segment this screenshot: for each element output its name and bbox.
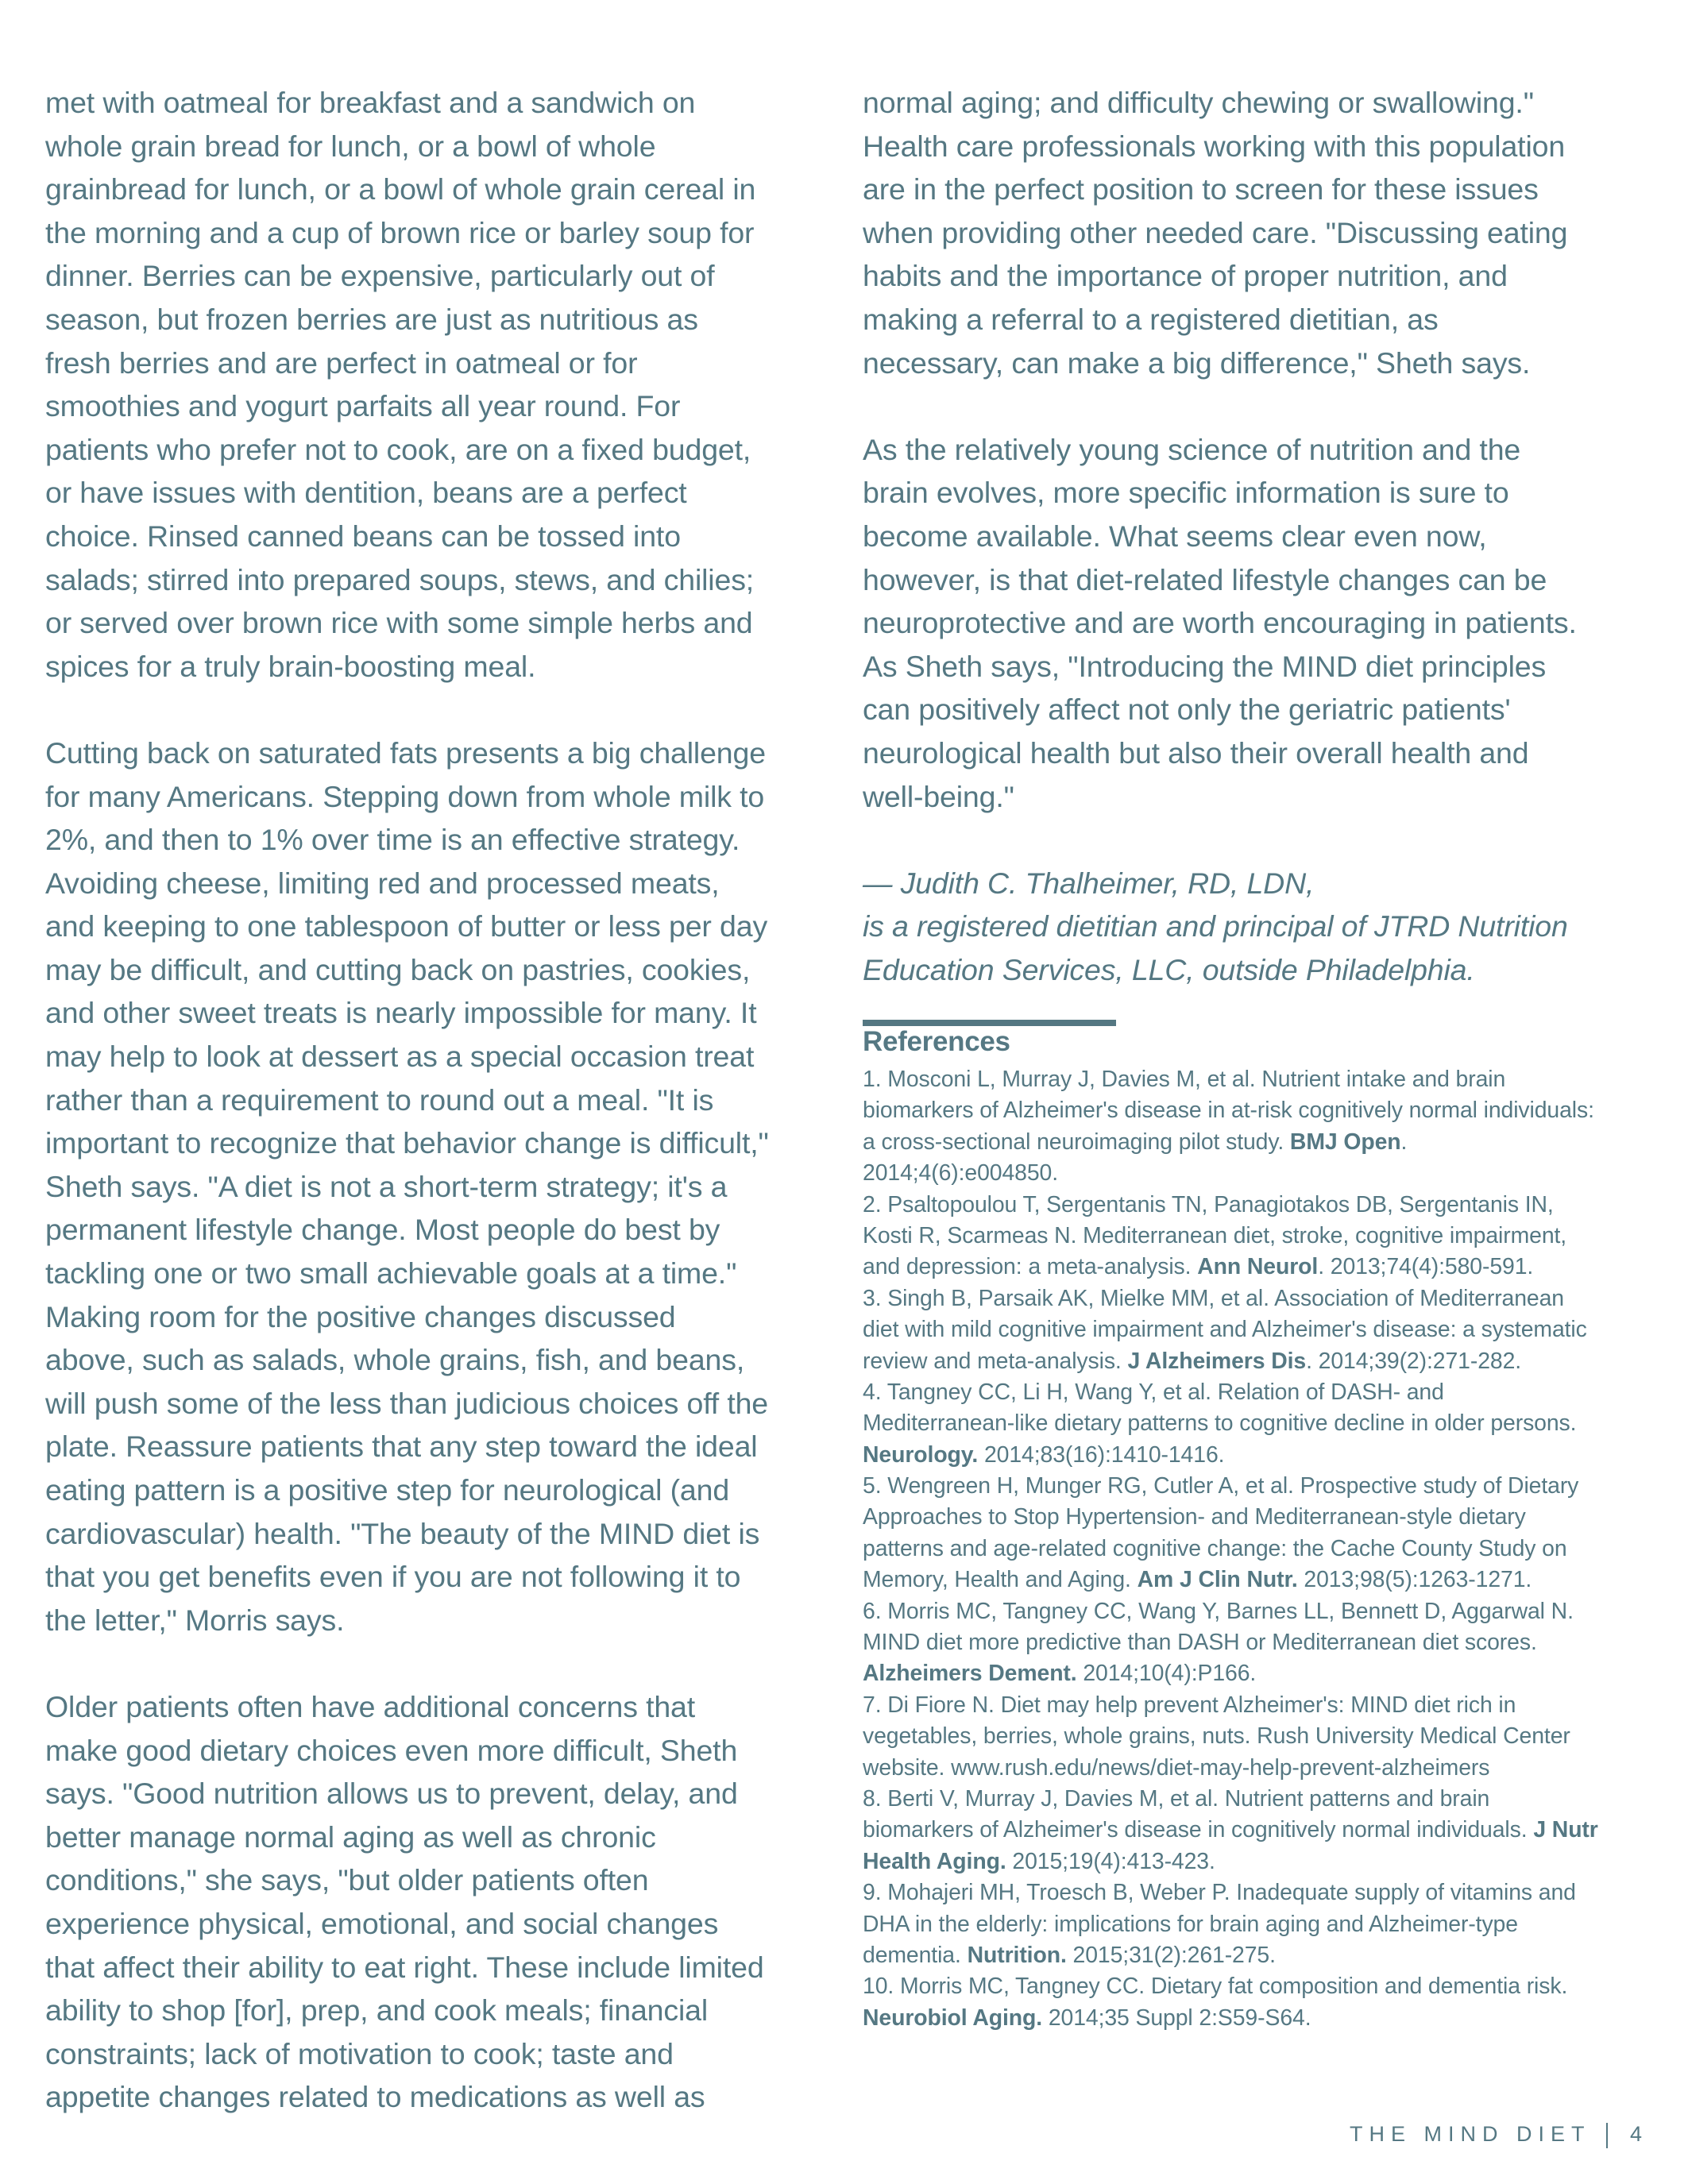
reference-text: 2014;4(6):e004850. — [863, 1160, 1058, 1186]
reference-text: and depression: a meta-analysis. — [863, 1254, 1197, 1279]
journal-name: Neurobiol Aging. — [863, 2005, 1042, 2031]
text-line: Education Services, LLC, outside Philade… — [863, 948, 1665, 992]
text-line: tackling one or two small achievable goa… — [45, 1252, 840, 1295]
reference-line: MIND diet more predictive than DASH or M… — [863, 1627, 1681, 1658]
reference-line: 3. Singh B, Parsaik AK, Mielke MM, et al… — [863, 1283, 1681, 1314]
text-line: permanent lifestyle change. Most people … — [45, 1208, 840, 1252]
reference-line: 2. Psaltopoulou T, Sergentanis TN, Panag… — [863, 1190, 1681, 1221]
text-line: neuroprotective and are worth encouragin… — [863, 601, 1665, 645]
text-line: will push some of the less than judiciou… — [45, 1382, 840, 1426]
text-line: are in the perfect position to screen fo… — [863, 168, 1665, 211]
page-footer: THE MIND DIET4 — [1350, 2122, 1648, 2148]
reference-text: 2015;19(4):413-423. — [1006, 1849, 1215, 1874]
reference-line: Approaches to Stop Hypertension- and Med… — [863, 1502, 1681, 1533]
text-line: rather than a requirement to round out a… — [45, 1078, 840, 1122]
text-line: however, is that diet-related lifestyle … — [863, 558, 1665, 602]
reference-text: 4. Tangney CC, Li H, Wang Y, et al. Rela… — [863, 1379, 1444, 1405]
text-line: neurological health but also their overa… — [863, 731, 1665, 775]
text-line: making a referral to a registered dietit… — [863, 298, 1665, 341]
text-line: and other sweet treats is nearly impossi… — [45, 991, 840, 1035]
reference-text: 5. Wengreen H, Munger RG, Cutler A, et a… — [863, 1473, 1578, 1499]
text-line: Cutting back on saturated fats presents … — [45, 731, 840, 775]
reference-line: biomarkers of Alzheimer's disease in cog… — [863, 1815, 1681, 1846]
text-line: for many Americans. Stepping down from w… — [45, 775, 840, 819]
text-line: ability to shop [for], prep, and cook me… — [45, 1989, 840, 2032]
text-line: Making room for the positive changes dis… — [45, 1295, 840, 1339]
reference-line: 1. Mosconi L, Murray J, Davies M, et al.… — [863, 1064, 1681, 1095]
reference-line: and depression: a meta-analysis. Ann Neu… — [863, 1252, 1681, 1283]
text-line: eating pattern is a positive step for ne… — [45, 1468, 840, 1512]
reference-line: DHA in the elderly: implications for bra… — [863, 1909, 1681, 1940]
reference-text: 6. Morris MC, Tangney CC, Wang Y, Barnes… — [863, 1599, 1574, 1624]
reference-text: 2015;31(2):261-275. — [1067, 1943, 1276, 1968]
reference-line: vegetables, berries, whole grains, nuts.… — [863, 1721, 1681, 1752]
text-line: — Judith C. Thalheimer, RD, LDN, — [863, 862, 1665, 905]
reference-text: Memory, Health and Aging. — [863, 1567, 1138, 1592]
reference-text: Approaches to Stop Hypertension- and Med… — [863, 1504, 1526, 1530]
reference-line: biomarkers of Alzheimer's disease in at-… — [863, 1095, 1681, 1126]
references-list: 1. Mosconi L, Murray J, Davies M, et al.… — [863, 1064, 1681, 2034]
references-heading: References — [863, 1024, 1010, 1059]
reference-text: 7. Di Fiore N. Diet may help prevent Alz… — [863, 1692, 1516, 1718]
text-line: Older patients often have additional con… — [45, 1685, 840, 1729]
reference-text: 2014;35 Suppl 2:S59-S64. — [1042, 2005, 1311, 2031]
journal-name: Nutrition. — [968, 1943, 1067, 1968]
text-line: and keeping to one tablespoon of butter … — [45, 905, 840, 948]
reference-text: biomarkers of Alzheimer's disease in at-… — [863, 1098, 1594, 1123]
journal-name: Health Aging. — [863, 1849, 1006, 1874]
journal-name: J Nutr — [1533, 1817, 1597, 1843]
reference-line: diet with mild cognitive impairment and … — [863, 1314, 1681, 1345]
paragraph-break — [863, 384, 1665, 428]
footer-separator — [1606, 2123, 1608, 2148]
text-line: or have issues with dentition, beans are… — [45, 471, 840, 515]
reference-line: Health Aging. 2015;19(4):413-423. — [863, 1846, 1681, 1877]
text-line: says. "Good nutrition allows us to preve… — [45, 1772, 840, 1815]
text-line: constraints; lack of motivation to cook;… — [45, 2032, 840, 2076]
text-line: Health care professionals working with t… — [863, 125, 1665, 168]
text-line: choice. Rinsed canned beans can be tosse… — [45, 515, 840, 558]
text-line: may help to look at dessert as a special… — [45, 1035, 840, 1078]
reference-text: website. www.rush.edu/news/diet-may-help… — [863, 1755, 1489, 1781]
text-line: the letter," Morris says. — [45, 1599, 840, 1642]
reference-line: Neurology. 2014;83(16):1410-1416. — [863, 1440, 1681, 1471]
reference-text: dementia. — [863, 1943, 968, 1968]
text-line: spices for a truly brain-boosting meal. — [45, 645, 840, 689]
text-line: make good dietary choices even more diff… — [45, 1729, 840, 1773]
paragraph-break — [45, 688, 840, 731]
text-line: well-being." — [863, 775, 1665, 819]
text-line: salads; stirred into prepared soups, ste… — [45, 558, 840, 602]
reference-text: . 2013;74(4):580-591. — [1318, 1254, 1533, 1279]
reference-line: Mediterranean-like dietary patterns to c… — [863, 1408, 1681, 1439]
text-line: can positively affect not only the geria… — [863, 688, 1665, 731]
reference-text: Mediterranean-like dietary patterns to c… — [863, 1410, 1576, 1436]
paragraph-break — [863, 818, 1665, 862]
journal-name: BMJ Open — [1290, 1129, 1401, 1155]
text-line: or served over brown rice with some simp… — [45, 601, 840, 645]
reference-text: 2014;83(16):1410-1416. — [978, 1442, 1224, 1468]
reference-text: 2014;10(4):P166. — [1077, 1661, 1257, 1686]
text-line: grainbread for lunch, or a bowl of whole… — [45, 168, 840, 211]
left-column: met with oatmeal for breakfast and a san… — [45, 81, 840, 2119]
text-line: As Sheth says, "Introducing the MIND die… — [863, 645, 1665, 689]
reference-line: 2014;4(6):e004850. — [863, 1158, 1681, 1189]
reference-line: Neurobiol Aging. 2014;35 Suppl 2:S59-S64… — [863, 2003, 1681, 2034]
text-line: experience physical, emotional, and soci… — [45, 1902, 840, 1946]
reference-text: patterns and age-related cognitive chang… — [863, 1536, 1567, 1561]
reference-text: diet with mild cognitive impairment and … — [863, 1317, 1587, 1342]
text-line: become available. What seems clear even … — [863, 515, 1665, 558]
journal-name: Am J Clin Nutr. — [1138, 1567, 1298, 1592]
reference-line: Alzheimers Dement. 2014;10(4):P166. — [863, 1658, 1681, 1689]
reference-text: . 2014;39(2):271-282. — [1306, 1349, 1521, 1374]
text-line: that you get benefits even if you are no… — [45, 1555, 840, 1599]
text-line: when providing other needed care. "Discu… — [863, 211, 1665, 255]
text-line: above, such as salads, whole grains, fis… — [45, 1338, 840, 1382]
reference-line: Kosti R, Scarmeas N. Mediterranean diet,… — [863, 1221, 1681, 1252]
text-line: dinner. Berries can be expensive, partic… — [45, 254, 840, 298]
text-line: Sheth says. "A diet is not a short-term … — [45, 1165, 840, 1209]
reference-text: 1. Mosconi L, Murray J, Davies M, et al.… — [863, 1067, 1505, 1092]
text-line: important to recognize that behavior cha… — [45, 1121, 840, 1165]
journal-name: J Alzheimers Dis — [1128, 1349, 1307, 1374]
journal-name: Ann Neurol — [1197, 1254, 1318, 1279]
text-line: better manage normal aging as well as ch… — [45, 1815, 840, 1859]
text-line: whole grain bread for lunch, or a bowl o… — [45, 125, 840, 168]
author-signature: — Judith C. Thalheimer, RD, LDN,is a reg… — [863, 862, 1665, 992]
reference-text: . — [1401, 1129, 1408, 1155]
text-line: necessary, can make a big difference," S… — [863, 341, 1665, 385]
paragraph-break — [45, 1642, 840, 1685]
reference-line: Memory, Health and Aging. Am J Clin Nutr… — [863, 1565, 1681, 1596]
reference-line: 10. Morris MC, Tangney CC. Dietary fat c… — [863, 1971, 1681, 2002]
text-line: met with oatmeal for breakfast and a san… — [45, 81, 840, 125]
reference-text: a cross-sectional neuroimaging pilot stu… — [863, 1129, 1290, 1155]
text-line: is a registered dietitian and principal … — [863, 905, 1665, 948]
text-line: appetite changes related to medications … — [45, 2075, 840, 2119]
text-line: the morning and a cup of brown rice or b… — [45, 211, 840, 255]
text-line: patients who prefer not to cook, are on … — [45, 428, 840, 472]
reference-text: vegetables, berries, whole grains, nuts.… — [863, 1723, 1570, 1749]
right-column: normal aging; and difficulty chewing or … — [863, 81, 1665, 991]
text-line: habits and the importance of proper nutr… — [863, 254, 1665, 298]
right-column-body: normal aging; and difficulty chewing or … — [863, 81, 1665, 862]
reference-text: 8. Berti V, Murray J, Davies M, et al. N… — [863, 1786, 1489, 1812]
reference-line: 9. Mohajeri MH, Troesch B, Weber P. Inad… — [863, 1877, 1681, 1908]
journal-name: Neurology. — [863, 1442, 978, 1468]
journal-name: Alzheimers Dement. — [863, 1661, 1077, 1686]
text-line: As the relatively young science of nutri… — [863, 428, 1665, 472]
text-line: smoothies and yogurt parfaits all year r… — [45, 384, 840, 428]
reference-text: MIND diet more predictive than DASH or M… — [863, 1630, 1537, 1655]
reference-text: 9. Mohajeri MH, Troesch B, Weber P. Inad… — [863, 1880, 1576, 1905]
reference-line: review and meta-analysis. J Alzheimers D… — [863, 1346, 1681, 1377]
reference-line: website. www.rush.edu/news/diet-may-help… — [863, 1753, 1681, 1784]
text-line: cardiovascular) health. "The beauty of t… — [45, 1512, 840, 1556]
text-line: 2%, and then to 1% over time is an effec… — [45, 818, 840, 862]
reference-text: 2013;98(5):1263-1271. — [1298, 1567, 1532, 1592]
reference-text: Kosti R, Scarmeas N. Mediterranean diet,… — [863, 1223, 1566, 1248]
text-line: that affect their ability to eat right. … — [45, 1946, 840, 1989]
footer-title: THE MIND DIET — [1350, 2122, 1591, 2146]
reference-text: 3. Singh B, Parsaik AK, Mielke MM, et al… — [863, 1286, 1564, 1311]
reference-text: 2. Psaltopoulou T, Sergentanis TN, Panag… — [863, 1192, 1554, 1217]
reference-line: patterns and age-related cognitive chang… — [863, 1534, 1681, 1565]
text-line: fresh berries and are perfect in oatmeal… — [45, 341, 840, 385]
reference-line: dementia. Nutrition. 2015;31(2):261-275. — [863, 1940, 1681, 1971]
reference-line: 7. Di Fiore N. Diet may help prevent Alz… — [863, 1690, 1681, 1721]
reference-line: 8. Berti V, Murray J, Davies M, et al. N… — [863, 1784, 1681, 1815]
text-line: brain evolves, more specific information… — [863, 471, 1665, 515]
reference-line: a cross-sectional neuroimaging pilot stu… — [863, 1127, 1681, 1158]
reference-text: 10. Morris MC, Tangney CC. Dietary fat c… — [863, 1974, 1567, 1999]
text-line: season, but frozen berries are just as n… — [45, 298, 840, 341]
reference-text: review and meta-analysis. — [863, 1349, 1128, 1374]
text-line: plate. Reassure patients that any step t… — [45, 1425, 840, 1468]
reference-line: 5. Wengreen H, Munger RG, Cutler A, et a… — [863, 1471, 1681, 1502]
reference-text: DHA in the elderly: implications for bra… — [863, 1912, 1518, 1937]
text-line: normal aging; and difficulty chewing or … — [863, 81, 1665, 125]
text-line: conditions," she says, "but older patien… — [45, 1858, 840, 1902]
page-number: 4 — [1630, 2122, 1648, 2146]
reference-line: 4. Tangney CC, Li H, Wang Y, et al. Rela… — [863, 1377, 1681, 1408]
reference-line: 6. Morris MC, Tangney CC, Wang Y, Barnes… — [863, 1596, 1681, 1627]
text-line: may be difficult, and cutting back on pa… — [45, 948, 840, 992]
reference-text: biomarkers of Alzheimer's disease in cog… — [863, 1817, 1533, 1843]
text-line: Avoiding cheese, limiting red and proces… — [45, 862, 840, 905]
